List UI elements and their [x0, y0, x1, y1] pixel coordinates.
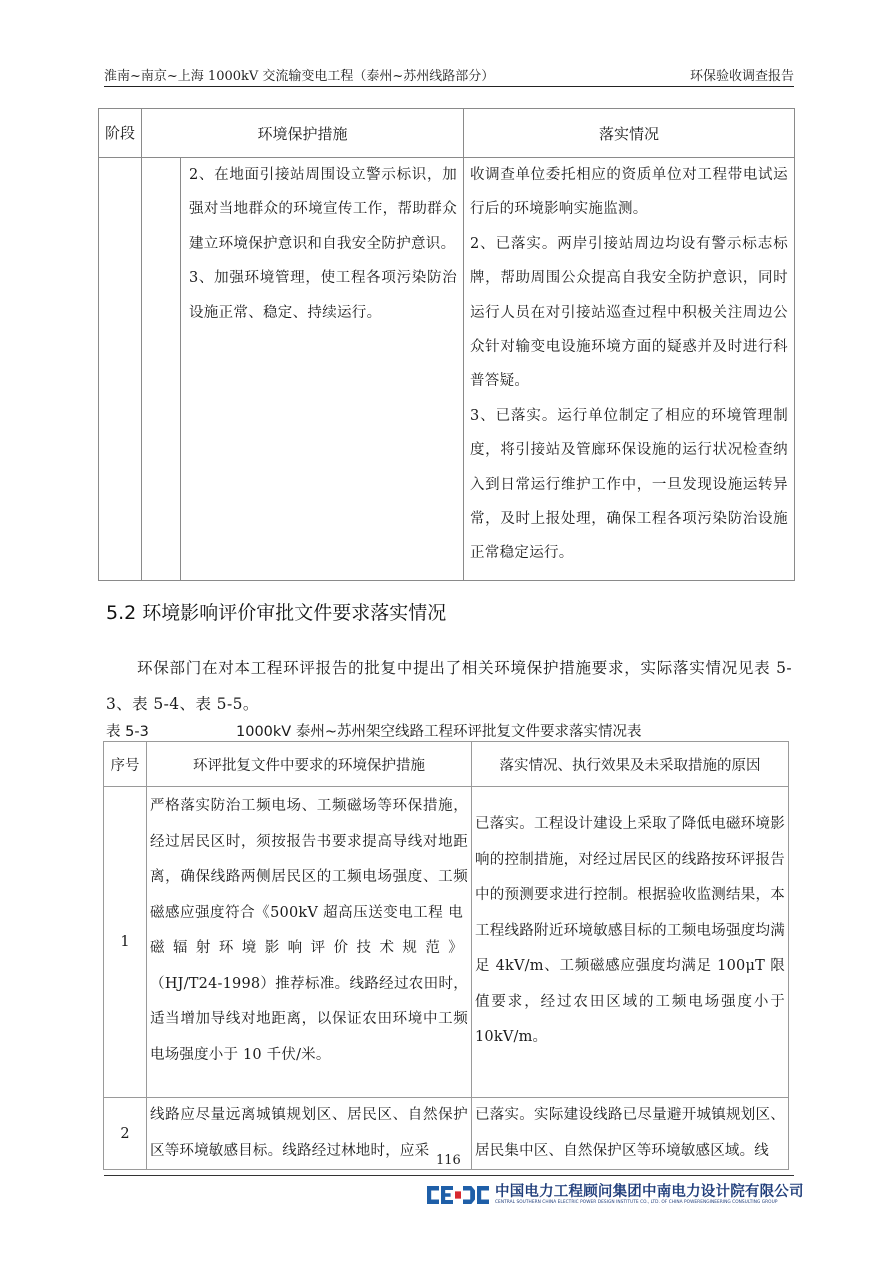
table-row: 2、在地面引接站周围设立警示标识，加强对当地群众的环境宣传工作，帮助群众建立环境…	[99, 158, 795, 581]
page-header: 淮南~南京~上海 1000kV 交流输变电工程（泰州~苏州线路部分） 环保验收调…	[104, 62, 794, 84]
table-caption: 表 5-31000kV 泰州~苏州架空线路工程环评批复文件要求落实情况表	[106, 720, 796, 741]
company-logo: 中国电力工程顾问集团中南电力设计院有限公司 CENTRAL SOUTHERN C…	[427, 1184, 804, 1206]
table-caption-title: 1000kV 泰州~苏州架空线路工程环评批复文件要求落实情况表	[236, 724, 641, 740]
column-header-result: 落实情况、执行效果及未采取措施的原因	[472, 742, 789, 787]
requirement-text-c: （HJ/T24-1998）推荐标准。线路经过农田时，适当增加导线对地距离，以保证…	[150, 976, 468, 1063]
column-header-measures: 环境保护措施	[142, 109, 464, 158]
section-heading: 5.2 环境影响评价审批文件要求落实情况	[106, 598, 446, 625]
column-header-stage: 阶段	[99, 109, 142, 158]
section-paragraph: 环保部门在对本工程环评报告的批复中提出了相关环境保护措施要求，实际落实情况见表 …	[106, 650, 792, 722]
table-header-row: 序号 环评批复文件中要求的环境保护措施 落实情况、执行效果及未采取措施的原因	[104, 742, 789, 787]
column-header-implementation: 落实情况	[464, 109, 795, 158]
table-row: 1 严格落实防治工频电场、工频磁场等环保措施，经过居民区时，须按报告书要求提高导…	[104, 787, 789, 1098]
requirement-cell: 线路应尽量远离城镇规划区、居民区、自然保护区等环境敏感目标。线路经过林地时，应采	[147, 1098, 472, 1170]
measures-cell: 2、在地面引接站周围设立警示标识，加强对当地群众的环境宣传工作，帮助群众建立环境…	[181, 158, 464, 581]
company-name-cn: 中国电力工程顾问集团中南电力设计院有限公司	[495, 1184, 804, 1200]
header-report-type: 环保验收调查报告	[690, 65, 794, 84]
implementation-cell: 收调查单位委托相应的资质单位对工程带电试运行后的环境影响实施监测。 2、已落实。…	[464, 158, 795, 581]
sub-stage-cell	[142, 158, 181, 581]
header-divider	[104, 86, 794, 87]
table-caption-number: 表 5-3	[106, 720, 236, 741]
row-number: 2	[104, 1098, 147, 1170]
requirement-text-a: 严格落实防治工频电场、工频磁场等环保措施，经过居民区时，须按报告书要求提高导线对…	[150, 798, 468, 921]
measures-table-continued: 阶段 环境保护措施 落实情况 2、在地面引接站周围设立警示标识，加强对当地群众的…	[98, 108, 795, 581]
result-cell: 已落实。工程设计建设上采取了降低电磁环境影响的控制措施，对经过居民区的线路按环评…	[472, 787, 789, 1098]
table-header-row: 阶段 环境保护措施 落实情况	[99, 109, 795, 158]
company-name-en: CENTRAL SOUTHERN CHINA ELECTRIC POWER DE…	[495, 1200, 804, 1206]
result-cell: 已落实。实际建设线路已尽量避开城镇规划区、居民集中区、自然保护区等环境敏感区域。…	[472, 1098, 789, 1170]
header-project-title: 淮南~南京~上海 1000kV 交流输变电工程（泰州~苏州线路部分）	[104, 65, 494, 84]
column-header-no: 序号	[104, 742, 147, 787]
company-name-block: 中国电力工程顾问集团中南电力设计院有限公司 CENTRAL SOUTHERN C…	[495, 1184, 804, 1206]
column-header-requirement: 环评批复文件中要求的环境保护措施	[147, 742, 472, 787]
requirement-cell: 严格落实防治工频电场、工频磁场等环保措施，经过居民区时，须按报告书要求提高导线对…	[147, 787, 472, 1098]
page-number: 116	[436, 1153, 461, 1168]
stage-cell	[99, 158, 142, 581]
cedc-logo-icon	[427, 1186, 489, 1204]
footer-divider	[104, 1175, 794, 1176]
approval-requirements-table: 序号 环评批复文件中要求的环境保护措施 落实情况、执行效果及未采取措施的原因 1…	[103, 741, 789, 1170]
row-number: 1	[104, 787, 147, 1098]
